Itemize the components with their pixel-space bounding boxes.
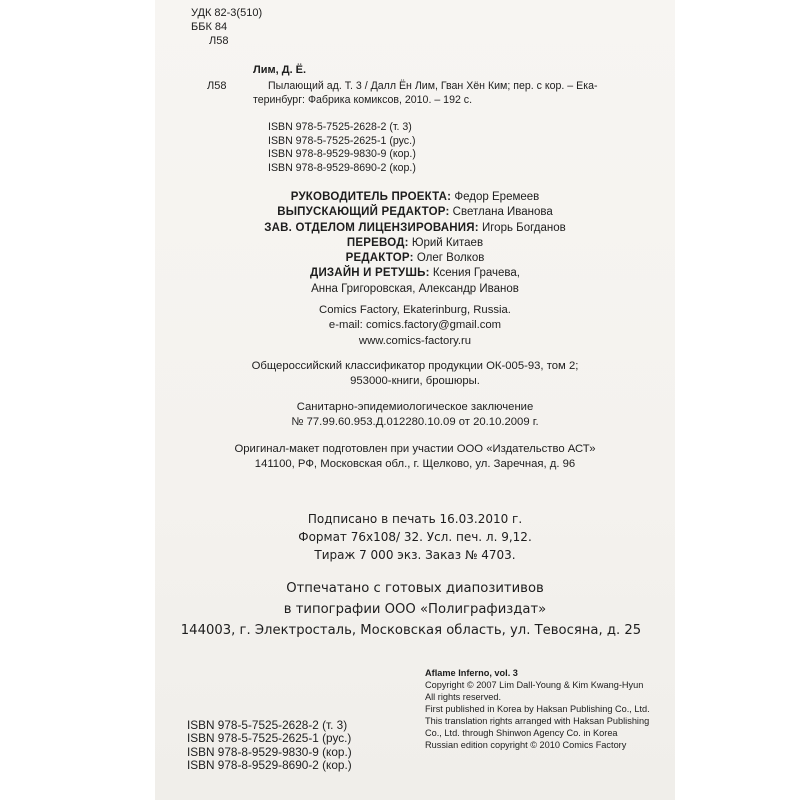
author-heading: Лим, Д. Ё. — [253, 64, 306, 77]
product-classifier: Общероссийский классификатор продукции О… — [155, 359, 675, 390]
credit-continuation: Анна Григоровская, Александр Иванов — [155, 282, 675, 297]
credit-line: РУКОВОДИТЕЛЬ ПРОЕКТА: Федор Еремеев — [155, 190, 675, 205]
record-author-mark: Л58 — [207, 80, 226, 93]
record-description-line-2: теринбург: Фабрика комиксов, 2010. – 192… — [253, 94, 472, 107]
publisher-contacts: Comics Factory, Ekaterinburg, Russia. e-… — [155, 303, 675, 349]
isbn-list-bottom: ISBN 978-5-7525-2628-2 (т. 3) ISBN 978-5… — [187, 719, 352, 772]
credit-line: РЕДАКТОР: Олег Волков — [155, 251, 675, 266]
sanitary-conclusion: Санитарно-эпидемиологическое заключение … — [155, 400, 675, 431]
copyright-block: Aflame Inferno, vol. 3 Copyright © 2007 … — [425, 667, 675, 751]
isbn-item: ISBN 978-5-7525-2628-2 (т. 3) — [268, 121, 416, 135]
credits-block: РУКОВОДИТЕЛЬ ПРОЕКТА: Федор Еремеев ВЫПУ… — [155, 190, 675, 297]
layout-note: Оригинал-макет подготовлен при участии О… — [155, 442, 675, 473]
publisher-website: www.comics-factory.ru — [155, 334, 675, 349]
isbn-item: ISBN 978-8-9529-8690-2 (кор.) — [187, 759, 352, 772]
isbn-item: ISBN 978-5-7525-2628-2 (т. 3) — [187, 719, 352, 732]
signed-to-print: Подписано в печать 16.03.2010 г. — [155, 510, 675, 528]
author-mark: Л58 — [209, 35, 228, 48]
circulation-info: Тираж 7 000 экз. Заказ № 4703. — [155, 546, 675, 564]
credit-line: ВЫПУСКАЮЩИЙ РЕДАКТОР: Светлана Иванова — [155, 205, 675, 220]
credit-line: ДИЗАЙН И РЕТУШЬ: Ксения Грачева, — [155, 266, 675, 281]
isbn-item: ISBN 978-5-7525-2625-1 (рус.) — [268, 135, 416, 149]
printer-info: Отпечатано с готовых диапозитивов в типо… — [155, 578, 675, 641]
udk-code: УДК 82-3(510) — [191, 7, 262, 20]
original-title: Aflame Inferno, vol. 3 — [425, 667, 675, 679]
print-info: Подписано в печать 16.03.2010 г. Формат … — [155, 510, 675, 564]
credit-line: ПЕРЕВОД: Юрий Китаев — [155, 236, 675, 251]
isbn-item: ISBN 978-8-9529-8690-2 (кор.) — [268, 162, 416, 176]
credit-line: ЗАВ. ОТДЕЛОМ ЛИЦЕНЗИРОВАНИЯ: Игорь Богда… — [155, 221, 675, 236]
record-description-line-1: Пылающий ад. Т. 3 / Далл Ён Лим, Гван Хё… — [268, 80, 598, 93]
isbn-list-top: ISBN 978-5-7525-2628-2 (т. 3) ISBN 978-5… — [268, 121, 416, 175]
isbn-item: ISBN 978-8-9529-9830-9 (кор.) — [187, 746, 352, 759]
publisher-email: e-mail: comics.factory@gmail.com — [155, 318, 675, 333]
bbk-code: ББК 84 — [191, 21, 227, 34]
publisher-name: Comics Factory, Ekaterinburg, Russia. — [155, 303, 675, 318]
format-info: Формат 76x108/ 32. Усл. печ. л. 9,12. — [155, 528, 675, 546]
isbn-item: ISBN 978-5-7525-2625-1 (рус.) — [187, 732, 352, 745]
isbn-item: ISBN 978-8-9529-9830-9 (кор.) — [268, 148, 416, 162]
